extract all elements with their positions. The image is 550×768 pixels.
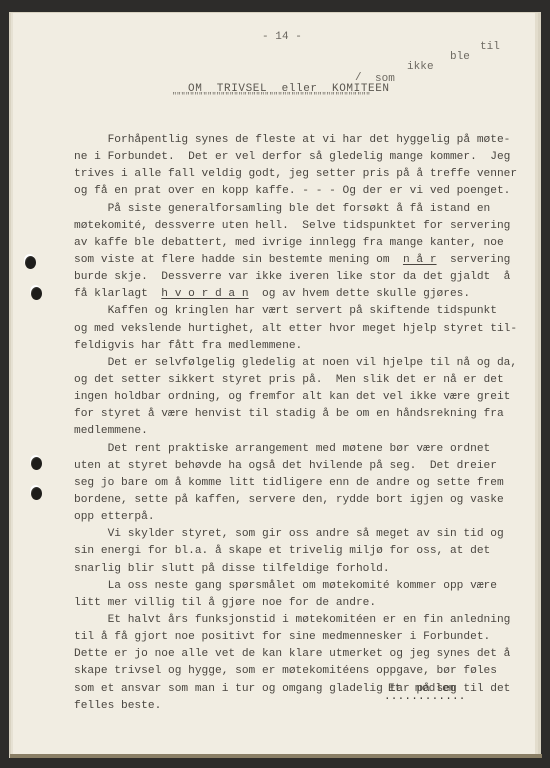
text-line: snarlig blir slutt på disse tilfeldige f… bbox=[74, 561, 514, 578]
signature-dots: ............ bbox=[384, 691, 466, 703]
text-line: til å få gjort noe positivt for sine med… bbox=[74, 629, 514, 646]
punch-hole bbox=[31, 487, 42, 500]
text-line: Det er selvfølgelig gledelig at noen vil… bbox=[74, 355, 514, 372]
text-line-with-emphasis: som viste at flere hadde sin bestemte me… bbox=[74, 252, 514, 269]
text-line: sin energi for bl.a. å skape et trivelig… bbox=[74, 543, 514, 560]
text-line: møtekomité, dessverre uten hell. Selve t… bbox=[74, 218, 514, 235]
margin-note-til: til bbox=[480, 41, 500, 53]
text-line: litt mer villig til å gjøre noe for de a… bbox=[74, 595, 514, 612]
page-bottom-edge bbox=[10, 754, 542, 758]
text-line: og det setter sikkert styret pris på. Me… bbox=[74, 372, 514, 389]
text-line: Det rent praktiske arrangement med møten… bbox=[74, 441, 514, 458]
text-line: ingen holdbar ordning, og fremfor alt ka… bbox=[74, 389, 514, 406]
text-line: På siste generalforsamling ble det forsø… bbox=[74, 201, 514, 218]
margin-note-ikke: ikke bbox=[407, 61, 434, 73]
text-fragment: servering bbox=[437, 254, 511, 266]
text-line: bordene, sette på kaffen, servere den, r… bbox=[74, 492, 514, 509]
text-line: og få en prat over en kopp kaffe. - - - … bbox=[74, 183, 514, 200]
body-text: Forhåpentlig synes de fleste at vi har d… bbox=[74, 132, 514, 715]
text-line-with-emphasis: få klarlagt h v o r d a n og av hvem det… bbox=[74, 286, 514, 303]
text-fragment: som viste at flere hadde sin bestemte me… bbox=[74, 254, 403, 266]
text-line: Forhåpentlig synes de fleste at vi har d… bbox=[74, 132, 514, 149]
text-line: ne i Forbundet. Det er vel derfor så gle… bbox=[74, 149, 514, 166]
punch-hole bbox=[25, 256, 36, 269]
text-line: og med vekslende hurtighet, alt etter hv… bbox=[74, 321, 514, 338]
text-line: trives i alle fall veldig godt, jeg sett… bbox=[74, 166, 514, 183]
scanned-page-background: - 14 - til ble ikke / som OM TRIVSEL ell… bbox=[0, 0, 550, 768]
punch-hole bbox=[31, 287, 42, 300]
text-line: Vi skylder styret, som gir oss andre så … bbox=[74, 526, 514, 543]
text-line: opp etterpå. bbox=[74, 509, 514, 526]
text-line: medlemmene. bbox=[74, 423, 514, 440]
margin-note-ble: ble bbox=[450, 51, 470, 63]
text-line: Dette er jo noe alle vet de kan klare ut… bbox=[74, 646, 514, 663]
text-line: Kaffen og kringlen har vært servert på s… bbox=[74, 303, 514, 320]
text-fragment: få klarlagt bbox=[74, 288, 161, 300]
punch-hole bbox=[31, 457, 42, 470]
emphasized-word-naar: n å r bbox=[403, 254, 437, 266]
text-line: feldigvis har fått fra medlemmene. bbox=[74, 338, 514, 355]
text-line: burde skje. Dessverre var ikke iveren li… bbox=[74, 269, 514, 286]
page-number: - 14 - bbox=[262, 31, 302, 43]
text-fragment: og av hvem dette skulle gjøres. bbox=[249, 288, 471, 300]
emphasized-word-hvordan: h v o r d a n bbox=[161, 288, 248, 300]
text-line: av kaffe ble debattert, med ivrige innle… bbox=[74, 235, 514, 252]
text-line: Et halvt års funksjonstid i møtekomitéen… bbox=[74, 612, 514, 629]
title-underline: """"""""""""""""""""""""""""""""""""""""… bbox=[172, 92, 370, 101]
text-line: La oss neste gang spørsmålet om møtekomi… bbox=[74, 578, 514, 595]
text-line: seg jo bare om å komme litt tidligere en… bbox=[74, 475, 514, 492]
text-line: for styret å være henvist til stadig å b… bbox=[74, 406, 514, 423]
text-line: uten at styret behøvde ha også det hvile… bbox=[74, 458, 514, 475]
text-line: skape trivsel og hygge, som er møtekomit… bbox=[74, 663, 514, 680]
